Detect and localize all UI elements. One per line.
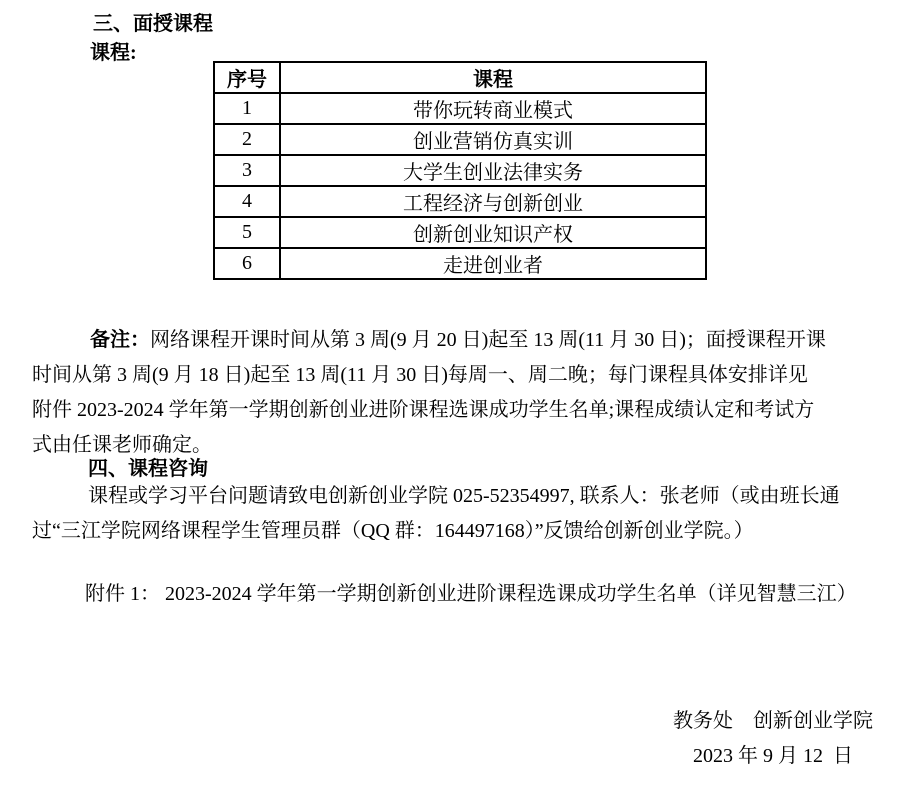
table-header-row: 序号 课程	[214, 62, 706, 93]
table-row: 5 创新创业知识产权	[214, 217, 706, 248]
document-page: 三、面授课程 课程: 序号 课程 1 带你玩转商业模式 2 创业营销仿真实训 3…	[0, 0, 923, 790]
note-paragraph-line-1: 备注：网络课程开课时间从第 3 周(9 月 20 日)起至 13 周(11 月 …	[32, 323, 923, 358]
note-paragraph-line-2: 时间从第 3 周(9 月 18 日)起至 13 周(11 月 30 日)每周一、…	[32, 358, 914, 393]
table-cell-number: 5	[214, 217, 280, 248]
attachment-reference: 附件 1： 2023-2024 学年第一学期创新创业进阶课程选课成功学生名单（详…	[85, 577, 857, 606]
course-list-label: 课程:	[90, 36, 137, 65]
consultation-paragraph-line-2: 过“三江学院网络课程学生管理员群（QQ 群：164497168）”反馈给创新创业…	[32, 514, 754, 543]
table-cell-course: 创新创业知识产权	[280, 217, 706, 248]
note-text: 网络课程开课时间从第 3 周(9 月 20 日)起至 13 周(11 月 30 …	[150, 329, 826, 351]
consultation-paragraph-line-1: 课程或学习平台问题请致电创新创业学院 025-52354997, 联系人：张老师…	[88, 479, 840, 508]
signature-date: 2023 年 9 月 12 日	[693, 739, 853, 768]
table-row: 2 创业营销仿真实训	[214, 124, 706, 155]
table-cell-number: 1	[214, 93, 280, 124]
table-header-number: 序号	[214, 62, 280, 93]
table-row: 4 工程经济与创新创业	[214, 186, 706, 217]
table-cell-course: 大学生创业法律实务	[280, 155, 706, 186]
table-cell-number: 4	[214, 186, 280, 217]
section-heading-course-consultation: 四、课程咨询	[88, 452, 208, 481]
table-cell-number: 2	[214, 124, 280, 155]
table-cell-course: 工程经济与创新创业	[280, 186, 706, 217]
signature-department: 教务处 创新创业学院	[673, 704, 873, 733]
section-heading-face-to-face-courses: 三、面授课程	[93, 7, 213, 36]
table-cell-course: 走进创业者	[280, 248, 706, 279]
note-paragraph-line-3: 附件 2023-2024 学年第一学期创新创业进阶课程选课成功学生名单;课程成绩…	[32, 393, 914, 428]
table-row: 1 带你玩转商业模式	[214, 93, 706, 124]
table-cell-number: 3	[214, 155, 280, 186]
table-cell-course: 带你玩转商业模式	[280, 93, 706, 124]
table-header-course: 课程	[280, 62, 706, 93]
course-table: 序号 课程 1 带你玩转商业模式 2 创业营销仿真实训 3 大学生创业法律实务 …	[213, 61, 707, 280]
note-label: 备注：	[90, 329, 150, 351]
table-cell-number: 6	[214, 248, 280, 279]
table-cell-course: 创业营销仿真实训	[280, 124, 706, 155]
table-row: 3 大学生创业法律实务	[214, 155, 706, 186]
table-row: 6 走进创业者	[214, 248, 706, 279]
